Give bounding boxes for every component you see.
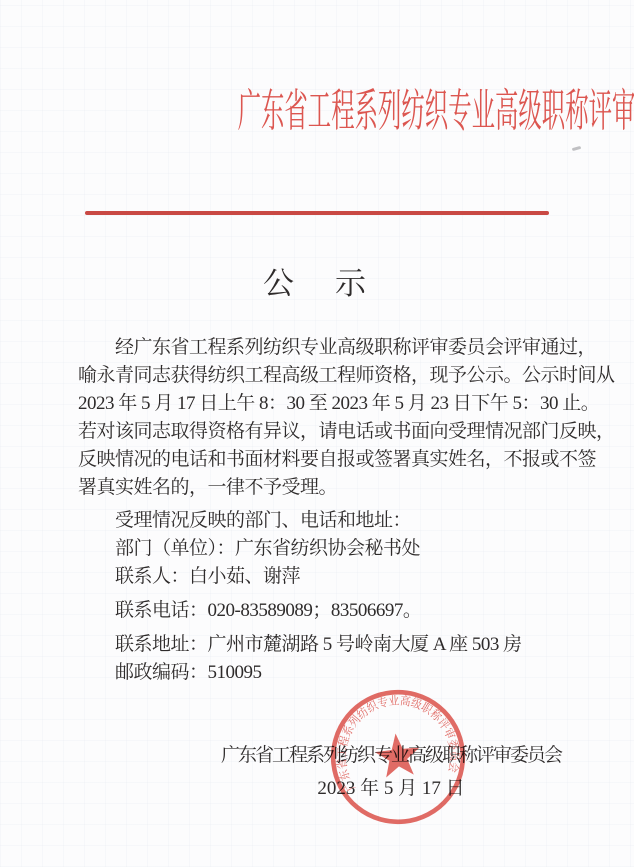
- body-line: 经广东省工程系列纺织专业高级职称评审委员会评审通过，: [78, 334, 578, 362]
- notice-title: 公 示: [0, 258, 634, 303]
- signature-block: 广东省工程系列纺织专业高级职称评审委员会 2023 年 5 月 17 日: [218, 744, 564, 801]
- issuer-signature: 广东省工程系列纺织专业高级职称评审委员会: [218, 744, 564, 768]
- body-line: 喻永青同志获得纺织工程高级工程师资格，现予公示。公示时间从: [78, 362, 578, 390]
- document-header-title: 广东省工程系列纺织专业高级职称评审委员会文件: [238, 86, 634, 136]
- contact-info: 受理情况反映的部门、电话和地址： 部门（单位）：广东省纺织协会秘书处 联系人：白…: [78, 507, 578, 687]
- notice-body: 经广东省工程系列纺织专业高级职称评审委员会评审通过， 喻永青同志获得纺织工程高级…: [78, 334, 578, 502]
- issue-date: 2023 年 5 月 17 日: [218, 777, 564, 801]
- body-line: 署真实姓名的，一律不予受理。: [78, 474, 578, 502]
- body-line: 2023 年 5 月 17 日上午 8：30 至 2023 年 5 月 23 日…: [78, 390, 578, 418]
- contact-line-person: 联系人：白小茹、谢萍: [78, 563, 578, 591]
- scanned-document-page: 广东省工程系列纺织专业高级职称评审委员会文件 公 示 经广东省工程系列纺织专业高…: [0, 0, 634, 867]
- contact-line-heading: 受理情况反映的部门、电话和地址：: [78, 507, 578, 535]
- contact-line-department: 部门（单位）：广东省纺织协会秘书处: [78, 535, 578, 563]
- scan-speck: [572, 146, 581, 151]
- contact-line-address: 联系地址：广州市麓湖路 5 号岭南大厦 A 座 503 房: [78, 631, 578, 659]
- body-line: 反映情况的电话和书面材料要自报或签署真实姓名，不报或不签: [78, 446, 578, 474]
- document-header: 广东省工程系列纺织专业高级职称评审委员会文件: [0, 86, 634, 136]
- contact-line-phone: 联系电话：020-83589089；83506697。: [78, 597, 578, 625]
- body-line: 若对该同志取得资格有异议，请电话或书面向受理情况部门反映，: [78, 418, 578, 446]
- header-divider-rule: [85, 211, 549, 215]
- contact-line-postcode: 邮政编码：510095: [78, 659, 578, 687]
